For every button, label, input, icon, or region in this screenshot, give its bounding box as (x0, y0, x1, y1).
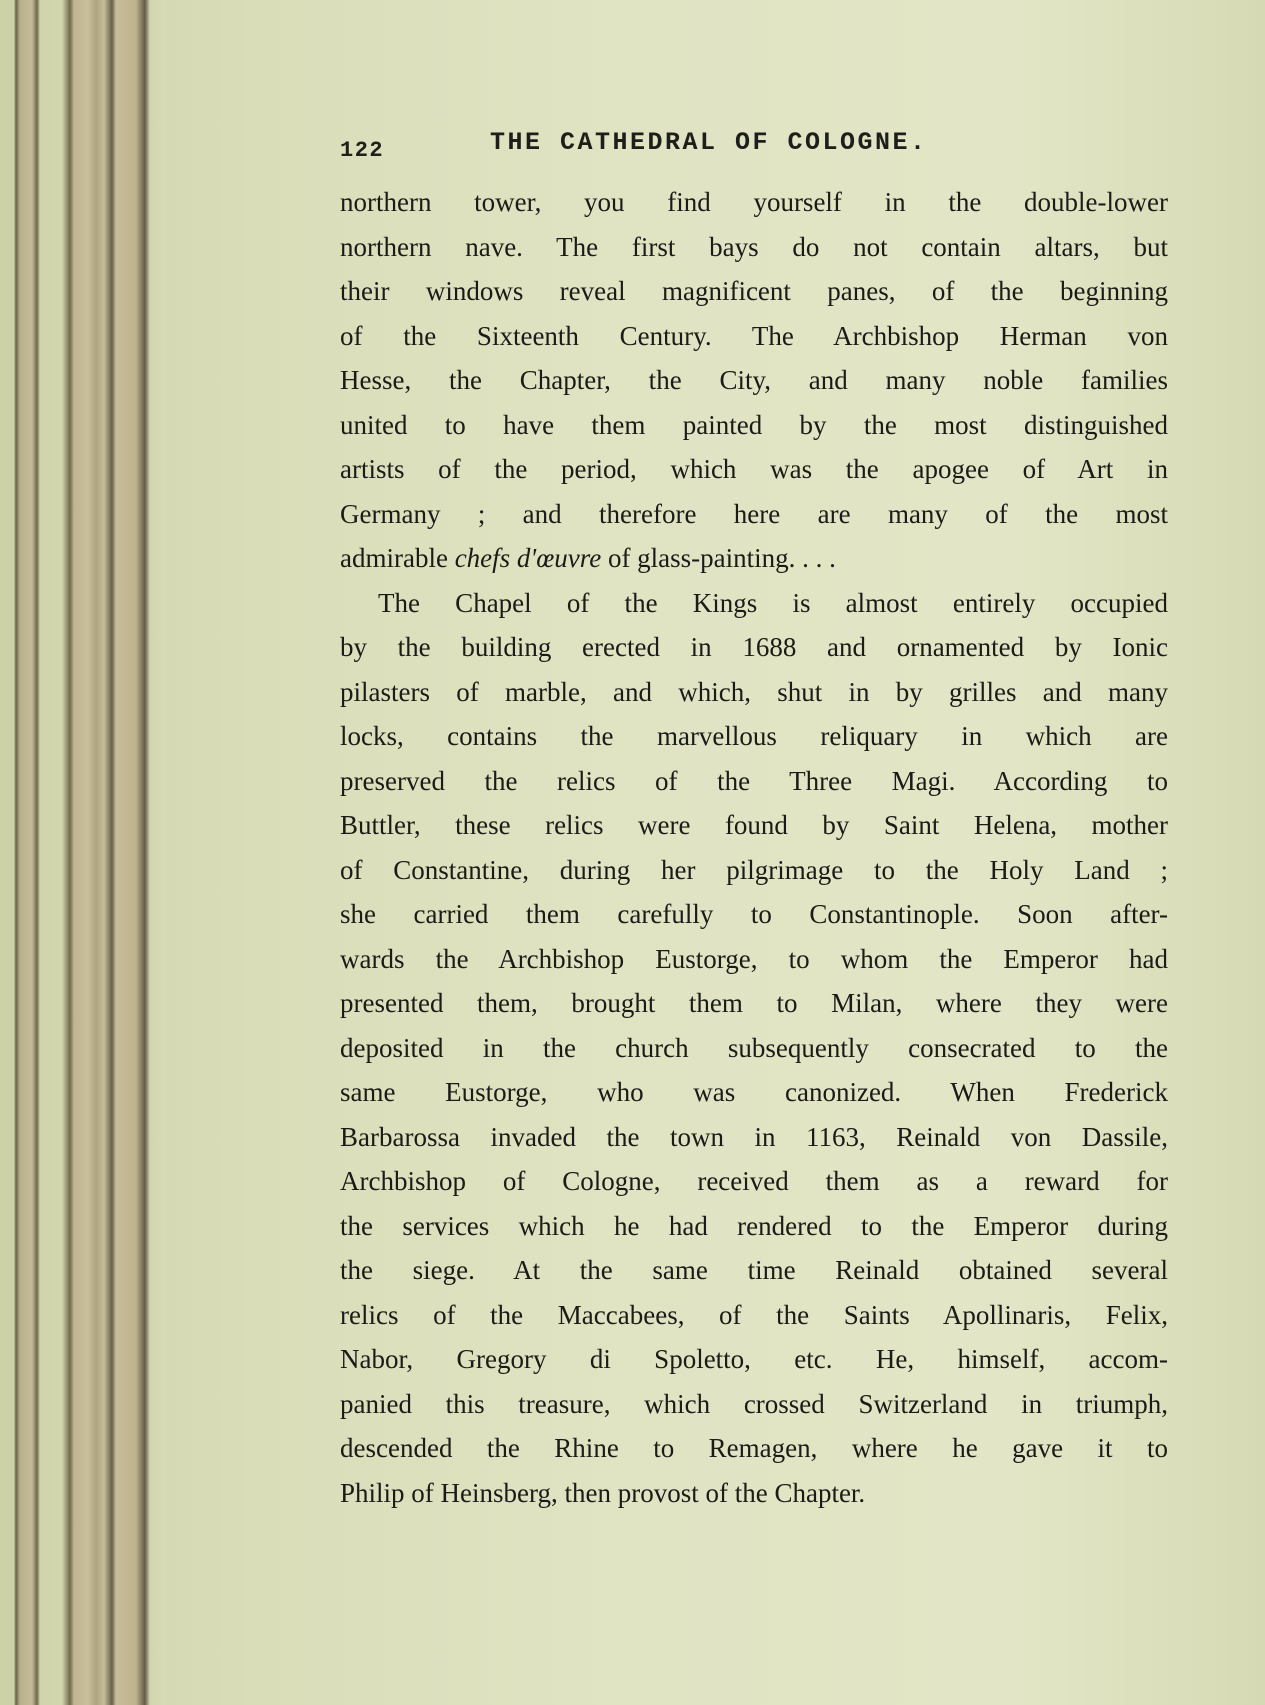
paragraph-first-line: The Chapel of the Kings is almost entire… (340, 581, 1168, 626)
text-line: the siege. At the same time Reinald obta… (340, 1248, 1168, 1293)
text-line: she carried them carefully to Constantin… (340, 892, 1168, 937)
text-line: Barbarossa invaded the town in 1163, Rei… (340, 1115, 1168, 1160)
page-number: 122 (340, 138, 384, 163)
running-title: THE CATHEDRAL OF COLOGNE. (490, 128, 928, 157)
text-line: united to have them painted by the most … (340, 403, 1168, 448)
text-line: of Constantine, during her pilgrimage to… (340, 848, 1168, 893)
text-line: Philip of Heinsberg, then provost of the… (340, 1471, 1168, 1516)
text-line: northern nave. The first bays do not con… (340, 225, 1168, 270)
book-page: 122 THE CATHEDRAL OF COLOGNE. northern t… (0, 0, 1265, 1705)
text-line: the services which he had rendered to th… (340, 1204, 1168, 1249)
text-line: Buttler, these relics were found by Sain… (340, 803, 1168, 848)
running-head: 122 THE CATHEDRAL OF COLOGNE. (340, 128, 1140, 168)
text-line: Hesse, the Chapter, the City, and many n… (340, 358, 1168, 403)
body-text: northern tower, you find yourself in the… (340, 180, 1168, 1515)
text-line: admirable chefs d'œuvre of glass-paintin… (340, 536, 1168, 581)
text-line: preserved the relics of the Three Magi. … (340, 759, 1168, 804)
text-run: of glass-painting. . . . (601, 543, 836, 573)
text-line: Nabor, Gregory di Spoletto, etc. He, him… (340, 1337, 1168, 1382)
text-line: northern tower, you find yourself in the… (340, 180, 1168, 225)
text-line: panied this treasure, which crossed Swit… (340, 1382, 1168, 1427)
text-line: their windows reveal magnificent panes, … (340, 269, 1168, 314)
text-line: pilasters of marble, and which, shut in … (340, 670, 1168, 715)
text-line: Germany ; and therefore here are many of… (340, 492, 1168, 537)
text-line: same Eustorge, who was canonized. When F… (340, 1070, 1168, 1115)
text-line: descended the Rhine to Remagen, where he… (340, 1426, 1168, 1471)
text-line: relics of the Maccabees, of the Saints A… (340, 1293, 1168, 1338)
text-line: artists of the period, which was the apo… (340, 447, 1168, 492)
book-spine-edge (0, 0, 165, 1705)
text-line: deposited in the church subsequently con… (340, 1026, 1168, 1071)
text-line: wards the Archbishop Eustorge, to whom t… (340, 937, 1168, 982)
text-line: of the Sixteenth Century. The Archbishop… (340, 314, 1168, 359)
text-run: admirable (340, 543, 455, 573)
text-line: by the building erected in 1688 and orna… (340, 625, 1168, 670)
text-line: Archbishop of Cologne, received them as … (340, 1159, 1168, 1204)
text-line: presented them, brought them to Milan, w… (340, 981, 1168, 1026)
text-line: locks, contains the marvellous reliquary… (340, 714, 1168, 759)
italic-phrase: chefs d'œuvre (455, 543, 601, 573)
